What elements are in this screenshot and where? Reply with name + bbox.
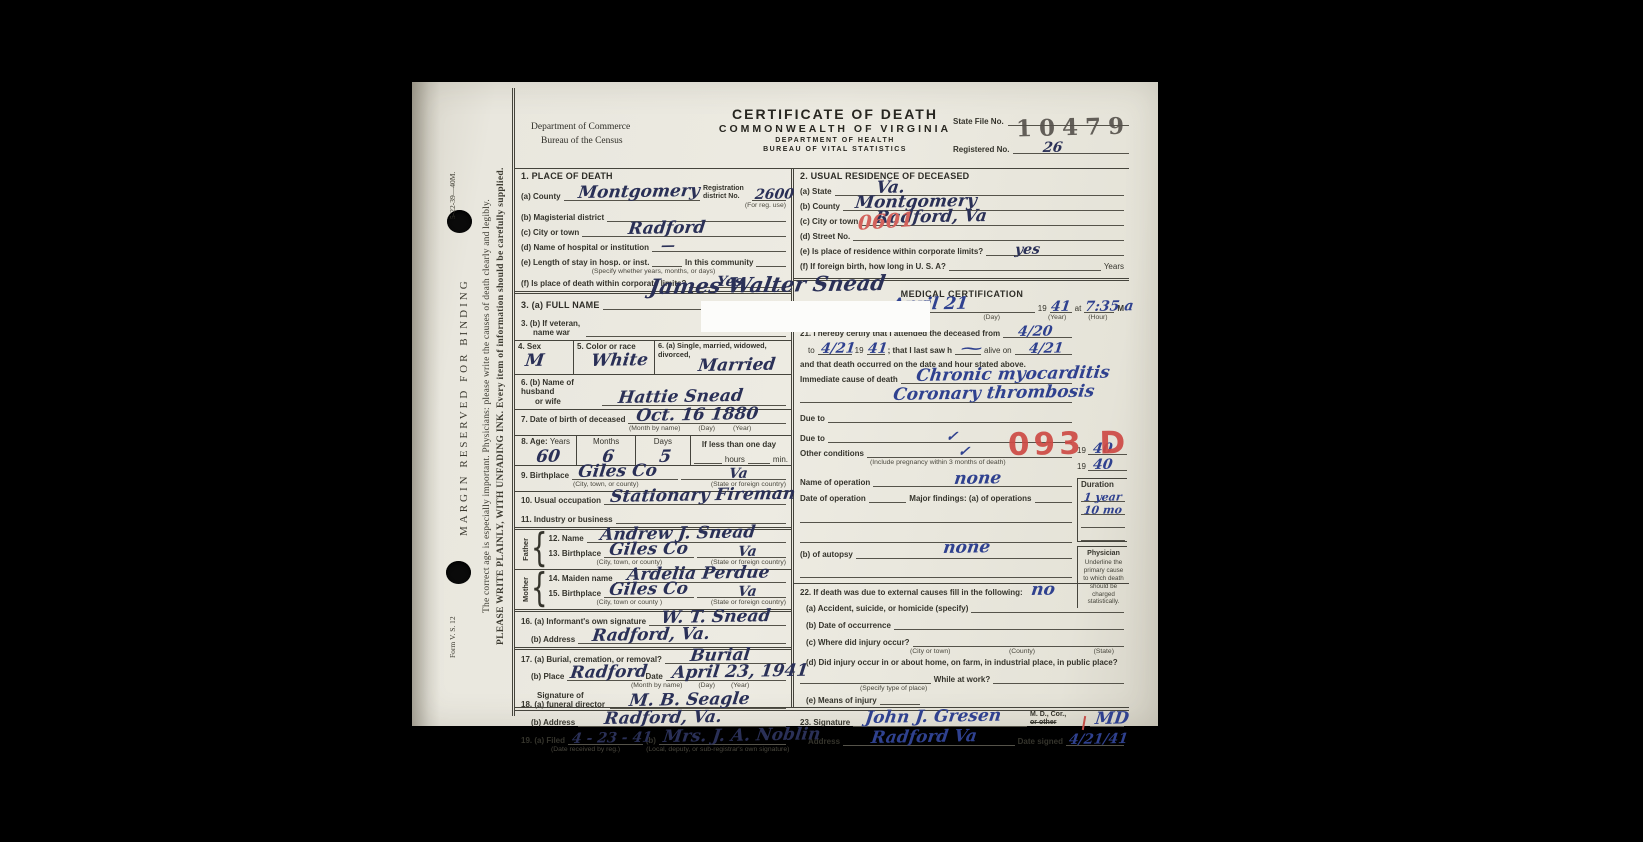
- sub-caption: (City, town or county ): [597, 599, 663, 606]
- field-label: (d) Did injury occur in or about home, o…: [800, 658, 1118, 667]
- field-label: 12. Name: [549, 534, 584, 543]
- physician-note-box: Physician Underline the primary cause to…: [1077, 546, 1127, 608]
- field-line: Radford: [567, 670, 642, 681]
- handwritten-value: 5: [658, 447, 672, 467]
- field-label: (b) Date of occurrence: [800, 621, 891, 630]
- field-label: 11. Industry or business: [521, 515, 613, 524]
- redaction-box: [701, 301, 930, 332]
- sub-caption: (Day): [983, 314, 1000, 321]
- label-line1: 6. (b) Name of husband: [521, 378, 574, 396]
- field-label: (c) Where did injury occur?: [800, 638, 910, 647]
- field-label: 9. Birthplace: [521, 471, 569, 480]
- label-line1: Signature of: [521, 691, 584, 700]
- duration-box: Duration 1 year 10 mo: [1077, 478, 1127, 542]
- print-code: 5-22-39—40M.: [448, 110, 457, 280]
- field-label: (e) Length of stay in hosp. or inst.: [521, 258, 649, 267]
- field-label: While at work?: [934, 675, 990, 684]
- col-header: Days: [639, 437, 687, 446]
- field-label: 6. (b) Name of husbandor wife: [521, 378, 599, 406]
- handwritten-value: 4/21: [820, 340, 856, 357]
- field-line: Va: [697, 587, 787, 598]
- field-label: Years: [1104, 262, 1124, 271]
- handwritten-value: Radford, Va.: [591, 624, 711, 646]
- field-line: —: [652, 241, 786, 252]
- father-side-label: Father: [521, 538, 530, 561]
- section-sex-race-marital: 4. Sex M 5. Color or race White 6. (a) S…: [515, 341, 791, 374]
- field-line: [652, 256, 682, 267]
- registered-label: Registered No.: [953, 145, 1009, 154]
- handwritten-value: 4/21: [1028, 340, 1064, 357]
- field-label: Date of operation: [800, 494, 866, 503]
- field-label: Signature of18. (a) funeral director: [521, 691, 607, 709]
- field-line: Va: [681, 469, 787, 480]
- department-block: Department of Commerce Bureau of the Cen…: [531, 120, 630, 149]
- field-line: [1081, 515, 1125, 528]
- sub-caption: (City or town): [910, 648, 950, 655]
- field-label: (d) Name of hospital or institution: [521, 243, 649, 252]
- field-line: [1081, 528, 1125, 541]
- year-prefix: 19: [855, 346, 864, 355]
- field-label: ; that I last saw h: [888, 346, 952, 355]
- field-line: [949, 260, 1101, 271]
- age-years-cell: 8. Age: Years 60: [515, 436, 577, 465]
- field-line: [800, 567, 1072, 578]
- title-block: CERTIFICATE OF DEATH COMMONWEALTH OF VIR…: [675, 106, 995, 153]
- label-line2: 18. (a) funeral director: [521, 700, 605, 709]
- state-file-label: State File No.: [953, 117, 1004, 126]
- field-line: 10 mo: [1081, 502, 1125, 515]
- field-label: 3. (b) If veteran,name war: [521, 319, 583, 337]
- field-line: MD: [1090, 716, 1124, 727]
- handwritten-value: 26: [1042, 140, 1063, 156]
- field-label: Date signed: [1018, 737, 1063, 746]
- full-name-handwriting: James Walter Snead: [648, 270, 888, 299]
- label-line2: or other: [1030, 719, 1056, 726]
- medical-right-rail: 19 40 19 40 Duration 1 year 10 mo: [1077, 439, 1127, 608]
- handwritten-value: White: [590, 350, 649, 371]
- handwritten-value: Montgomery: [577, 181, 701, 203]
- sub-caption: (Specify type of place): [860, 685, 927, 692]
- field-line: 1 year: [1081, 489, 1125, 502]
- photo-stage: 5-22-39—40M. MARGIN RESERVED FOR BINDING…: [0, 0, 1643, 842]
- field-line: Giles Co: [572, 469, 678, 480]
- field-line: [756, 256, 786, 267]
- field-line: 4 - 23 - 41: [568, 734, 643, 745]
- field-label: Other conditions: [800, 449, 864, 458]
- handwritten-value: Oct. 16 1880: [635, 404, 759, 426]
- field-label: 7. Date of birth of deceased: [521, 415, 625, 424]
- handwritten-value: Mrs. J. A. Noblin: [662, 725, 822, 748]
- section-burial: 17. (a) Burial, cremation, or removal? B…: [515, 650, 791, 756]
- mother-side-label: Mother: [521, 577, 530, 602]
- check-mark: ✓: [957, 444, 971, 460]
- field-label: to: [800, 346, 815, 355]
- field-label: 13. Birthplace: [549, 549, 601, 558]
- field-label: min.: [773, 455, 788, 464]
- year-prefix: 19: [1038, 304, 1047, 313]
- field-label: Registration district No.: [703, 185, 749, 201]
- sub-caption: (County): [1009, 648, 1035, 655]
- binding-margin-text: MARGIN RESERVED FOR BINDING: [458, 142, 470, 672]
- year-prefix: 19: [1077, 462, 1086, 471]
- label-line2: or wife: [521, 397, 561, 406]
- field-label: (b) Address: [521, 718, 575, 727]
- field-line: 7:35 a: [1084, 302, 1114, 313]
- brace-glyph: {: [531, 567, 548, 612]
- sex-cell: 4. Sex M: [515, 341, 574, 374]
- field-label: (b) of autopsy: [800, 550, 853, 559]
- field-label: (a) County: [521, 192, 561, 201]
- field-label: (e) Means of injury: [800, 696, 877, 705]
- red-district-number: 0601: [857, 207, 914, 235]
- field-label: 15. Birthplace: [549, 589, 601, 598]
- field-line: Radford Va: [843, 735, 1015, 746]
- section-header: 1. PLACE OF DEATH: [521, 171, 786, 181]
- field-line: 40: [1088, 460, 1127, 471]
- handwritten-value: 10 mo: [1083, 504, 1123, 518]
- sub-caption: (Year): [733, 425, 751, 432]
- sub-caption: (Year): [731, 682, 749, 689]
- handwritten-value: M: [524, 350, 545, 370]
- field-label: (b) Address: [521, 635, 575, 644]
- section-residence: 2. USUAL RESIDENCE OF DECEASED (a) State…: [794, 169, 1129, 281]
- certificate-form: Department of Commerce Bureau of the Cen…: [512, 88, 1133, 716]
- field-label: hours: [725, 455, 745, 464]
- field-line: Giles Co: [604, 547, 694, 558]
- field-line: none: [856, 548, 1072, 559]
- handwritten-value: 7:35 a: [1084, 298, 1134, 315]
- field-line: [800, 532, 1072, 543]
- field-label: alive on: [984, 346, 1012, 355]
- field-line: [880, 694, 920, 705]
- field-label: If less than one day: [694, 440, 788, 449]
- field-line: Radford: [582, 226, 786, 237]
- field-label: Date: [645, 672, 662, 681]
- handwritten-value: 4 - 23 - 41: [571, 730, 653, 747]
- handwritten-value: 4/20: [1017, 323, 1053, 340]
- handwritten-value: MD: [1094, 709, 1130, 730]
- field-label: (e) Is place of residence within corpora…: [800, 247, 983, 256]
- field-label: Name of operation: [800, 478, 870, 487]
- handwritten-value: none: [953, 468, 1002, 489]
- bureau-vital: BUREAU OF VITAL STATISTICS: [675, 146, 995, 153]
- handwritten-value: Giles Co: [577, 461, 658, 482]
- field-line: ~: [955, 344, 981, 355]
- commonwealth-subtitle: COMMONWEALTH OF VIRGINIA: [675, 123, 995, 135]
- field-label: 8. Age:: [521, 437, 547, 446]
- handwritten-value: 60: [535, 447, 561, 467]
- handwritten-value: 4/21/41: [1068, 731, 1129, 748]
- handwritten-value: 1 year: [1083, 491, 1122, 505]
- field-line: yes: [986, 245, 1124, 256]
- label-line1: M. D., Cor.,: [1030, 711, 1066, 718]
- field-label: M. D., Cor.,or other: [1030, 711, 1076, 727]
- cause-code-stamp: 093 D: [1008, 425, 1130, 463]
- state-file-stamp: 10479: [1016, 112, 1132, 142]
- certificate-paper: 5-22-39—40M. MARGIN RESERVED FOR BINDING…: [412, 82, 1158, 726]
- field-line: none: [873, 476, 1072, 487]
- sub-caption: (Day): [698, 682, 715, 689]
- handwritten-value: Va: [737, 584, 758, 600]
- field-line: Mrs. J. A. Noblin: [659, 734, 786, 745]
- field-label: 10. Usual occupation: [521, 496, 601, 505]
- duration-label: Duration: [1081, 480, 1125, 489]
- margin-note-2: The correct age is especially important.…: [482, 96, 492, 716]
- handwritten-value: Radford: [569, 662, 649, 683]
- field-line: 4/21/41: [1066, 735, 1124, 746]
- dept-health: DEPARTMENT OF HEALTH: [675, 137, 995, 144]
- field-line: 4/21: [818, 344, 852, 355]
- col-header: Months: [580, 437, 632, 446]
- check-mark: ✓: [945, 429, 959, 445]
- field-line: 41: [1050, 302, 1072, 313]
- handwritten-value: Stationary Fireman: [609, 484, 796, 507]
- field-line: Va: [697, 547, 787, 558]
- handwritten-value: 2600: [754, 186, 795, 203]
- field-label: 14. Maiden name: [549, 574, 613, 583]
- marital-cell: 6. (a) Single, married, widowed, divorce…: [655, 341, 791, 374]
- field-label: (a) Accident, suicide, or homicide (spec…: [800, 604, 968, 613]
- sub-caption: (Local, deputy, or sub-registrar's own s…: [646, 746, 789, 753]
- sub-caption: (For reg. use): [745, 202, 786, 209]
- race-cell: 5. Color or race White: [574, 341, 655, 374]
- physician-title: Physician: [1081, 550, 1126, 557]
- field-line: 4/21: [1015, 344, 1072, 355]
- margin-note-1: PLEASE WRITE PLAINLY, WITH UNFADING INK.…: [496, 96, 506, 716]
- field-line: [993, 673, 1124, 684]
- handwritten-value: 41: [867, 341, 888, 357]
- handwritten-value: Giles Co: [608, 539, 689, 560]
- sub-caption: (Day): [698, 425, 715, 432]
- field-line: [869, 492, 907, 503]
- field-line: [913, 636, 1124, 647]
- red-slash-mark: [1082, 716, 1086, 730]
- field-line: [894, 619, 1124, 630]
- field-line: 4/20: [1003, 327, 1072, 338]
- field-label: (c) City or town: [800, 217, 858, 226]
- field-line: Radford, Va.: [578, 633, 786, 644]
- physician-signature: John J. Gresen: [864, 706, 1002, 728]
- field-line: 2600: [752, 190, 786, 201]
- handwritten-value: Giles Co: [608, 579, 689, 600]
- field-label: Due to: [800, 414, 825, 423]
- field-line: April 23, 1941: [666, 670, 786, 681]
- field-label: 22. If death was due to external causes …: [800, 588, 1023, 597]
- field-line: Coronary thrombosis: [800, 392, 1072, 403]
- field-line: Giles Co: [604, 587, 694, 598]
- field-line: Stationary Fireman: [604, 494, 786, 505]
- sub-caption: (State): [1094, 648, 1114, 655]
- field-label: (b) County: [800, 202, 840, 211]
- field-line: [1035, 492, 1073, 503]
- field-label: (a) State: [800, 187, 832, 196]
- form-number: Form V. S. 12: [448, 582, 457, 692]
- field-line: Oct. 16 1880: [628, 413, 786, 424]
- field-line: [828, 412, 1072, 423]
- sub-caption: (Include pregnancy within 3 months of de…: [870, 459, 1006, 466]
- sub-caption: (State or foreign country): [711, 599, 786, 606]
- field-label: 19. (a) Filed: [521, 736, 565, 745]
- handwritten-value: —: [660, 238, 676, 254]
- brace-glyph: {: [531, 527, 548, 572]
- handwritten-value: Radford: [627, 218, 707, 239]
- handwritten-value: yes: [1014, 242, 1041, 258]
- field-label: Immediate cause of death: [800, 375, 898, 384]
- field-label: (b) Place: [521, 672, 564, 681]
- physician-note: Underline the primary cause to which dea…: [1081, 559, 1126, 606]
- field-line: [800, 512, 1072, 523]
- dept-line1: Department of Commerce: [531, 120, 630, 134]
- field-line: 41: [867, 344, 885, 355]
- handwritten-value: no: [1030, 580, 1056, 600]
- field-label: 3. (a) FULL NAME: [521, 300, 600, 310]
- handwritten-value: Va: [728, 466, 749, 482]
- sub-caption: (Month by name): [631, 682, 682, 689]
- field-label: Due to: [800, 434, 825, 443]
- sub-caption: (Hour): [1088, 314, 1107, 321]
- field-line: [800, 673, 931, 684]
- age-less-cell: If less than one day hours min.: [691, 436, 791, 465]
- label-line1: 3. (b) If veteran,: [521, 319, 580, 328]
- handwritten-value: none: [942, 537, 991, 558]
- field-label: (d) Street No.: [800, 232, 850, 241]
- section-header: 2. USUAL RESIDENCE OF DECEASED: [800, 171, 1124, 181]
- handwritten-value: Married: [697, 355, 777, 376]
- handwritten-value: 41: [1050, 299, 1071, 315]
- field-label: (c) City or town: [521, 228, 579, 237]
- col-header: Years: [550, 437, 570, 446]
- certificate-title: CERTIFICATE OF DEATH: [675, 106, 995, 122]
- field-label: Major findings: (a) of operations: [909, 494, 1031, 503]
- dept-line2: Bureau of the Census: [531, 134, 630, 148]
- sub-caption: (Date received by reg.): [551, 746, 620, 753]
- handwritten-value: Va: [737, 544, 758, 560]
- section-birth-date: 7. Date of birth of deceased Oct. 16 188…: [515, 410, 791, 436]
- label-line2: name war: [521, 328, 570, 337]
- handwritten-value: Coronary thrombosis: [892, 382, 1096, 405]
- field-label: (b) Magisterial district: [521, 213, 604, 222]
- handwritten-value: April 23, 1941: [671, 661, 809, 683]
- handwritten-value: Radford Va: [870, 727, 978, 749]
- field-label: In this community: [685, 258, 753, 267]
- sub-caption: (Year): [1048, 314, 1066, 321]
- handwritten-squiggle: ~: [956, 341, 987, 357]
- field-label: at: [1075, 304, 1082, 313]
- left-column: 1. PLACE OF DEATH (a) County Montgomery …: [515, 169, 794, 707]
- registered-line: 26: [1013, 143, 1129, 154]
- field-line: Montgomery: [564, 190, 700, 201]
